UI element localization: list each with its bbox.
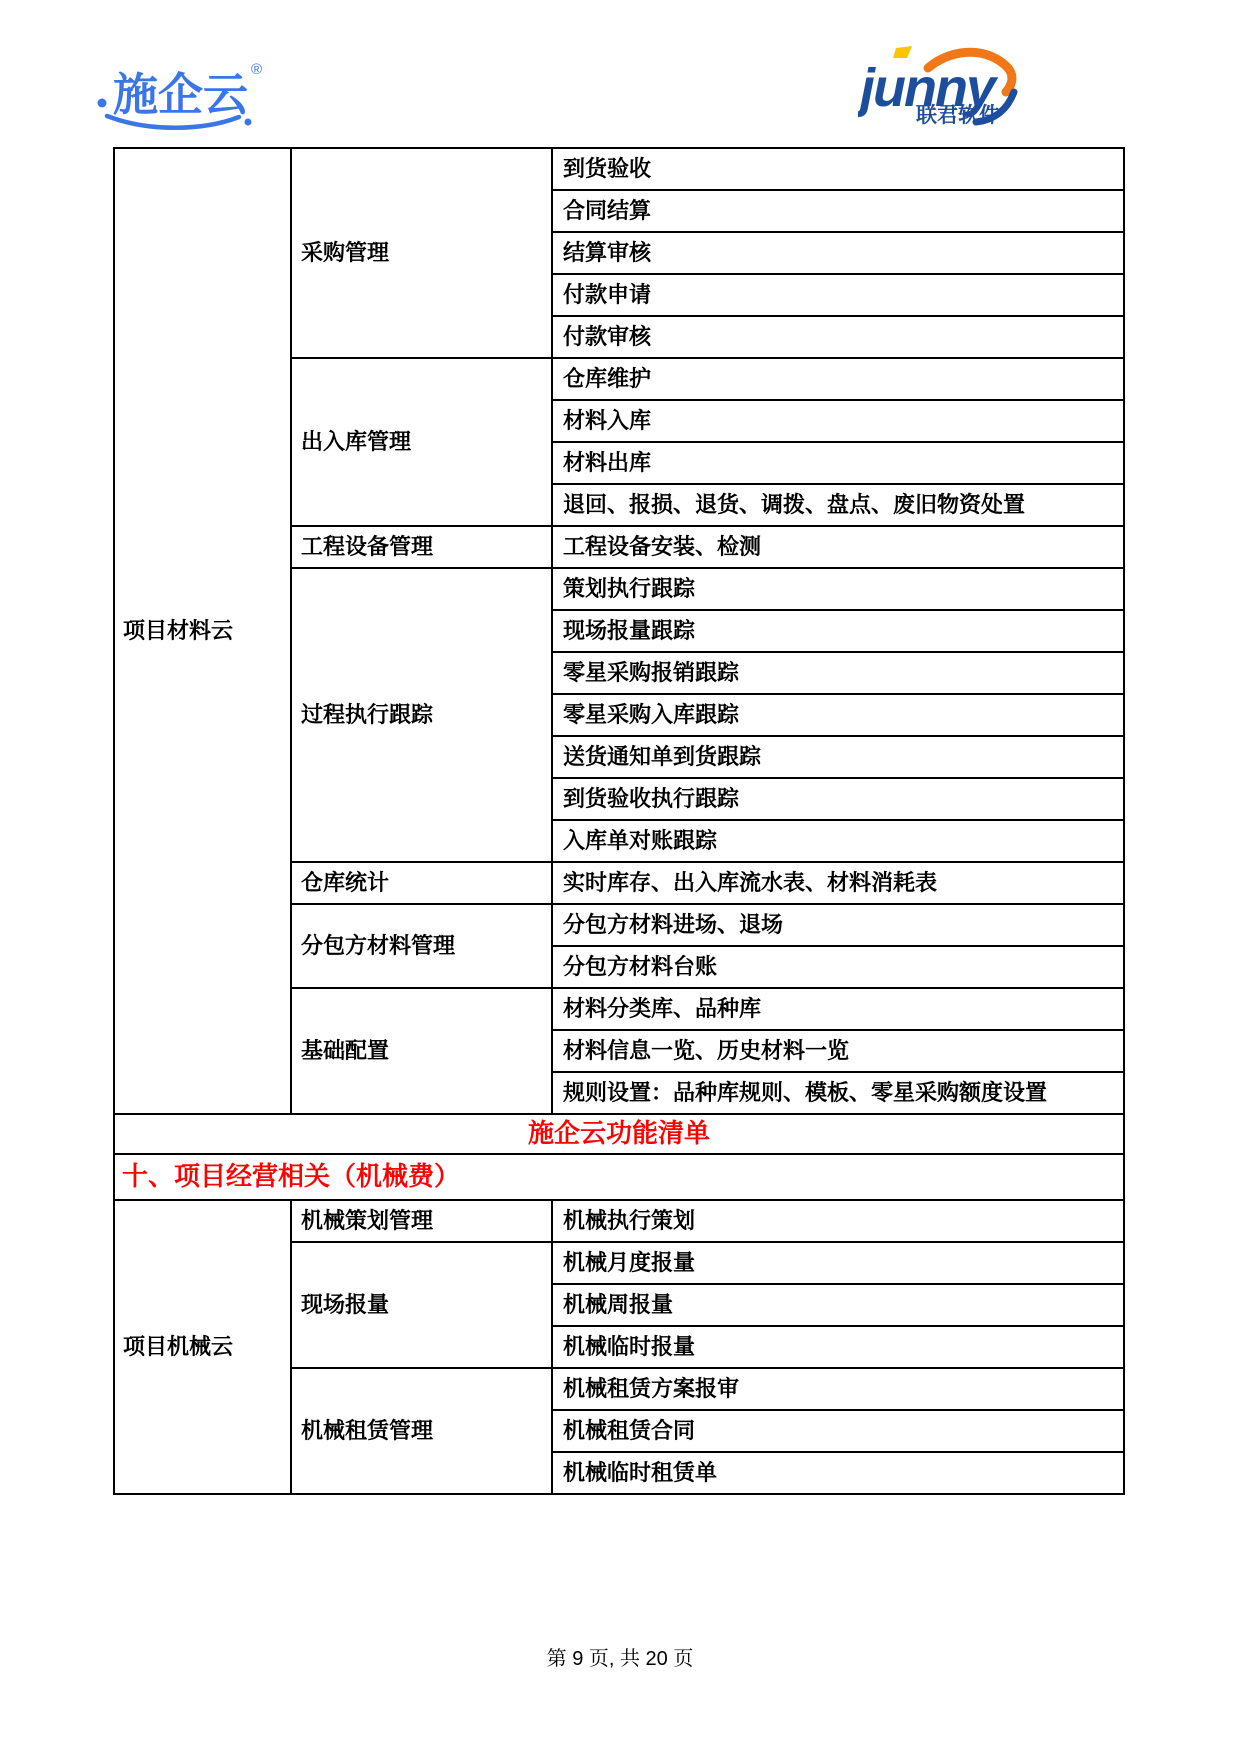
- document-page: 施企云 ® junny 联君软件 项目材料云采购管理到货验收合同结算结算审核付款…: [0, 0, 1240, 1754]
- table-title-row: 施企云功能清单: [114, 1114, 1124, 1154]
- feature-cell: 材料出库: [552, 442, 1124, 484]
- table-title: 施企云功能清单: [114, 1114, 1124, 1154]
- group-cell: 基础配置: [291, 988, 552, 1114]
- feature-cell: 材料分类库、品种库: [552, 988, 1124, 1030]
- feature-cell: 合同结算: [552, 190, 1124, 232]
- banner-rows: 施企云功能清单 十、项目经营相关（机械费）: [114, 1114, 1124, 1200]
- feature-cell: 零星采购入库跟踪: [552, 694, 1124, 736]
- feature-cell: 付款申请: [552, 274, 1124, 316]
- feature-cell: 送货通知单到货跟踪: [552, 736, 1124, 778]
- feature-cell: 机械周报量: [552, 1284, 1124, 1326]
- feature-cell: 实时库存、出入库流水表、材料消耗表: [552, 862, 1124, 904]
- group-cell: 机械租赁管理: [291, 1368, 552, 1494]
- feature-cell: 到货验收: [552, 148, 1124, 190]
- feature-cell: 入库单对账跟踪: [552, 820, 1124, 862]
- table-row: 项目材料云采购管理到货验收: [114, 148, 1124, 190]
- feature-cell: 退回、报损、退货、调拨、盘点、废旧物资处置: [552, 484, 1124, 526]
- group-cell: 仓库统计: [291, 862, 552, 904]
- group-cell: 工程设备管理: [291, 526, 552, 568]
- feature-cell: 到货验收执行跟踪: [552, 778, 1124, 820]
- group-cell: 过程执行跟踪: [291, 568, 552, 862]
- logo-dot-left-icon: [98, 99, 107, 108]
- group-cell: 现场报量: [291, 1242, 552, 1368]
- logo-dot-right-icon: [245, 119, 252, 126]
- feature-cell: 策划执行跟踪: [552, 568, 1124, 610]
- feature-cell: 工程设备安装、检测: [552, 526, 1124, 568]
- page-number: 第 9 页, 共 20 页: [0, 1642, 1240, 1671]
- feature-cell: 现场报量跟踪: [552, 610, 1124, 652]
- feature-cell: 机械月度报量: [552, 1242, 1124, 1284]
- feature-cell: 仓库维护: [552, 358, 1124, 400]
- machinery-section: 项目机械云机械策划管理机械执行策划现场报量机械月度报量机械周报量机械临时报量机械…: [114, 1200, 1124, 1494]
- feature-table: 项目材料云采购管理到货验收合同结算结算审核付款申请付款审核出入库管理仓库维护材料…: [113, 147, 1125, 1495]
- group-cell: 出入库管理: [291, 358, 552, 526]
- section-header: 十、项目经营相关（机械费）: [114, 1154, 1124, 1200]
- feature-cell: 规则设置：品种库规则、模板、零星采购额度设置: [552, 1072, 1124, 1114]
- junny-sub-text: 联君软件: [916, 103, 1000, 127]
- group-cell: 采购管理: [291, 148, 552, 358]
- category-cell: 项目材料云: [114, 148, 291, 1114]
- group-cell: 机械策划管理: [291, 1200, 552, 1242]
- feature-cell: 机械执行策划: [552, 1200, 1124, 1242]
- feature-cell: 结算审核: [552, 232, 1124, 274]
- table-row: 项目机械云机械策划管理机械执行策划: [114, 1200, 1124, 1242]
- feature-cell: 付款审核: [552, 316, 1124, 358]
- junny-logo: junny 联君软件: [858, 42, 1023, 128]
- shiqiyun-logo: 施企云 ®: [93, 50, 278, 134]
- feature-cell: 材料信息一览、历史材料一览: [552, 1030, 1124, 1072]
- feature-cell: 材料入库: [552, 400, 1124, 442]
- junny-accent-icon: [893, 46, 912, 58]
- materials-section: 项目材料云采购管理到货验收合同结算结算审核付款申请付款审核出入库管理仓库维护材料…: [114, 148, 1124, 1114]
- feature-cell: 分包方材料进场、退场: [552, 904, 1124, 946]
- feature-cell: 机械租赁合同: [552, 1410, 1124, 1452]
- category-cell: 项目机械云: [114, 1200, 291, 1494]
- section-header-row: 十、项目经营相关（机械费）: [114, 1154, 1124, 1200]
- group-cell: 分包方材料管理: [291, 904, 552, 988]
- shiqiyun-logo-text: 施企云: [113, 69, 248, 120]
- registered-mark: ®: [251, 61, 262, 78]
- feature-cell: 零星采购报销跟踪: [552, 652, 1124, 694]
- feature-cell: 分包方材料台账: [552, 946, 1124, 988]
- feature-cell: 机械临时租赁单: [552, 1452, 1124, 1494]
- feature-cell: 机械租赁方案报审: [552, 1368, 1124, 1410]
- feature-cell: 机械临时报量: [552, 1326, 1124, 1368]
